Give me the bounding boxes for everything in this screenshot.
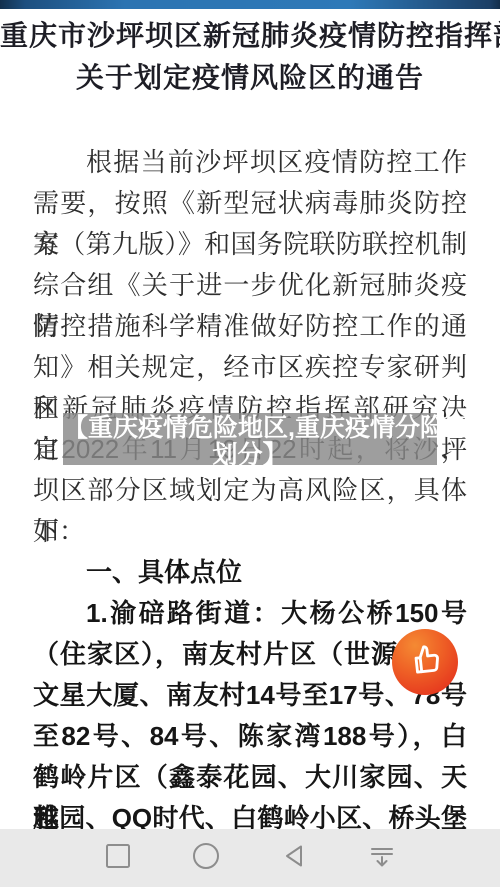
- body-line: 案（第九版）》和国务院联防联控机制: [33, 224, 467, 265]
- body-line: 根据当前沙坪坝区疫情防控工作: [33, 142, 467, 183]
- body-line: 坝区部分区域划定为高风险区，具体如: [33, 470, 467, 511]
- home-button[interactable]: [162, 829, 250, 887]
- recents-square-icon: [104, 842, 132, 875]
- caption-overlay: 【重庆疫情危险地区,重庆疫情分险区 划分】: [63, 413, 437, 465]
- body-line: 知》相关规定，经市区疾控专家研判和: [33, 347, 467, 388]
- body-line: 至82号、84号、陈家湾188号），白: [33, 716, 467, 757]
- thumbs-up-icon: [407, 642, 443, 683]
- caption-line-1: 【重庆疫情危险地区,重庆疫情分险区: [63, 415, 437, 442]
- hide-navbar-icon: [368, 842, 396, 875]
- body-line: 下：: [33, 511, 467, 552]
- recents-button[interactable]: [74, 829, 162, 887]
- document-top-edge: [0, 0, 500, 9]
- body-line: 1.渝碚路街道：大杨公桥150号: [33, 593, 467, 634]
- body-line: 鹤岭片区（鑫泰花园、大川家园、天越: [33, 757, 467, 798]
- home-circle-icon: [192, 842, 220, 875]
- body-line: 综合组《关于进一步优化新冠肺炎疫情: [33, 265, 467, 306]
- title-line-1: 重庆市沙坪坝区新冠肺炎疫情防控指挥部: [0, 15, 500, 57]
- screen: 重庆市沙坪坝区新冠肺炎疫情防控指挥部 关于划定疫情风险区的通告 根据当前沙坪坝区…: [0, 0, 500, 887]
- like-button[interactable]: [392, 629, 458, 695]
- body-line: 一、具体点位: [33, 552, 467, 593]
- back-button[interactable]: [250, 829, 338, 887]
- back-triangle-icon: [281, 843, 307, 874]
- body-line: 需要，按照《新型冠状病毒肺炎防控方: [33, 183, 467, 224]
- title-line-2: 关于划定疫情风险区的通告: [0, 57, 500, 99]
- caption-line-2: 划分】: [63, 442, 437, 469]
- android-navbar: [0, 829, 500, 887]
- body-line: 防控措施科学精准做好防控工作的通: [33, 306, 467, 347]
- document-body: 根据当前沙坪坝区疫情防控工作需要，按照《新型冠状病毒肺炎防控方案（第九版）》和国…: [0, 142, 500, 839]
- hide-navbar-button[interactable]: [338, 829, 426, 887]
- document-title: 重庆市沙坪坝区新冠肺炎疫情防控指挥部 关于划定疫情风险区的通告: [0, 9, 500, 99]
